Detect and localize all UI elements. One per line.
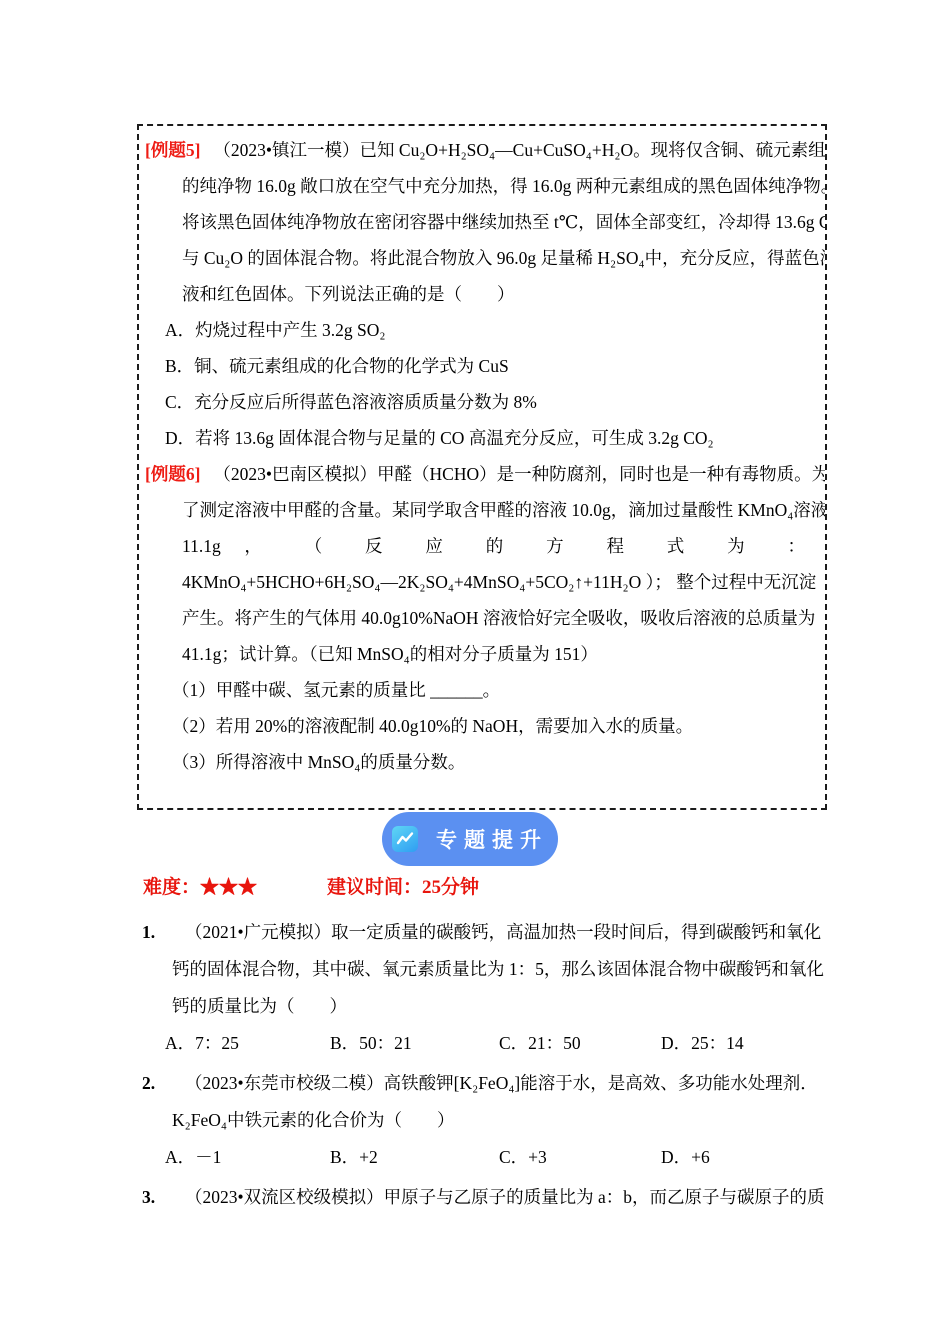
example-problems-box: [例题5]（2023•镇江一模）已知 Cu₂O+H₂SO₄—Cu+CuSO₄+H… — [137, 124, 827, 810]
example-line: 液和红色固体。下列说法正确的是（ ） — [143, 276, 819, 312]
question-option: D．25：14 — [661, 1025, 834, 1062]
example-line-text: 产生。将产生的气体用 40.0g10%NaOH 溶液恰好完全吸收，吸收后溶液的总… — [182, 608, 815, 628]
example-line-text: （2023•镇江一模）已知 Cu₂O+H₂SO₄—Cu+CuSO₄+H₂O。现将… — [213, 140, 827, 160]
example-line-text: 了测定溶液中甲醛的含量。某同学取含甲醛的溶液 10.0g，滴加过量酸性 KMnO… — [182, 500, 827, 520]
question-option: A．7：25 — [165, 1025, 330, 1062]
question-line-text: （2021•广元模拟）取一定质量的碳酸钙，高温加热一段时间后，得到碳酸钙和氧化 — [185, 922, 821, 942]
example-line: 与 Cu₂O 的固体混合物。将此混合物放入 96.0g 足量稀 H₂SO₄中，充… — [143, 240, 819, 276]
question-number: 3. — [142, 1179, 155, 1216]
question: 3.（2023•双流区校级模拟）甲原子与乙原子的质量比为 a：b，而乙原子与碳原… — [140, 1179, 834, 1216]
question-line: 3.（2023•双流区校级模拟）甲原子与乙原子的质量比为 a：b，而乙原子与碳原… — [140, 1179, 834, 1216]
question: 1.（2021•广元模拟）取一定质量的碳酸钙，高温加热一段时间后，得到碳酸钙和氧… — [140, 914, 834, 1062]
example-line: 的纯净物 16.0g 敞口放在空气中充分加热，得 16.0g 两种元素组成的黑色… — [143, 168, 819, 204]
example-line-text: 41.1g；试计算。（已知 MnSO₄的相对分子质量为 151） — [182, 644, 598, 664]
example-line: B．铜、硫元素组成的化合物的化学式为 CuS — [143, 348, 819, 384]
question-line-text: K₂FeO₄中铁元素的化合价为（ ） — [172, 1110, 454, 1130]
worksheet-page: { "colors": { "accent_red": "#ee1c14", "… — [0, 0, 950, 1344]
example-line-text: 的纯净物 16.0g 敞口放在空气中充分加热，得 16.0g 两种元素组成的黑色… — [182, 176, 827, 196]
example-line: （1）甲醛中碳、氢元素的质量比 ______。 — [143, 672, 819, 708]
example-line: A．灼烧过程中产生 3.2g SO₂ — [143, 312, 819, 348]
example-label: [例题6] — [145, 464, 200, 484]
example-line: [例题6]（2023•巴南区模拟）甲醛（HCHO）是一种防腐剂，同时也是一种有毒… — [143, 456, 819, 492]
question-line: K₂FeO₄中铁元素的化合价为（ ） — [140, 1102, 834, 1139]
example-line-text: B．铜、硫元素组成的化合物的化学式为 CuS — [165, 356, 509, 376]
example-line: 11.1g ， （ 反 应 的 方 程 式 为 ： — [143, 528, 819, 564]
example-line-text: （3）所得溶液中 MnSO₄的质量分数。 — [172, 752, 465, 772]
example-line-text: （1）甲醛中碳、氢元素的质量比 ______。 — [172, 680, 500, 700]
question-option: D．+6 — [661, 1139, 834, 1176]
question-option: C．+3 — [499, 1139, 661, 1176]
difficulty-label: 难度：★★★ — [143, 876, 327, 900]
question-list: 1.（2021•广元模拟）取一定质量的碳酸钙，高温加热一段时间后，得到碳酸钙和氧… — [140, 914, 834, 1219]
example-line: （2）若用 20%的溶液配制 40.0g10%的 NaOH，需要加入水的质量。 — [143, 708, 819, 744]
example-label: [例题5] — [145, 140, 200, 160]
example-line-text: A．灼烧过程中产生 3.2g SO₂ — [165, 320, 385, 340]
trend-chart-icon — [392, 826, 418, 852]
question-line-text: 钙的质量比为（ ） — [172, 996, 347, 1016]
question-option: B．+2 — [330, 1139, 499, 1176]
suggested-time-label: 建议时间：25分钟 — [327, 876, 479, 900]
question-line: 2.（2023•东莞市校级二模）高铁酸钾[K₂FeO₄]能溶于水，是高效、多功能… — [140, 1065, 834, 1102]
example-line: [例题5]（2023•镇江一模）已知 Cu₂O+H₂SO₄—Cu+CuSO₄+H… — [143, 132, 819, 168]
example-line-text: 4KMnO₄+5HCHO+6H₂SO₄—2K₂SO₄+4MnSO₄+5CO₂↑+… — [182, 572, 816, 592]
example-line-text: 将该黑色固体纯净物放在密闭容器中继续加热至 t℃，固体全部变红，冷却得 13.6… — [182, 212, 827, 232]
example-line: 了测定溶液中甲醛的含量。某同学取含甲醛的溶液 10.0g，滴加过量酸性 KMnO… — [143, 492, 819, 528]
question-line: 钙的固体混合物，其中碳、氧元素质量比为 1：5，那么该固体混合物中碳酸钙和氧化 — [140, 951, 834, 988]
example-line: 41.1g；试计算。（已知 MnSO₄的相对分子质量为 151） — [143, 636, 819, 672]
example-line: （3）所得溶液中 MnSO₄的质量分数。 — [143, 744, 819, 780]
example-line-text: （2）若用 20%的溶液配制 40.0g10%的 NaOH，需要加入水的质量。 — [172, 716, 693, 736]
question-line: 1.（2021•广元模拟）取一定质量的碳酸钙，高温加热一段时间后，得到碳酸钙和氧… — [140, 914, 834, 951]
question-number: 2. — [142, 1065, 155, 1102]
question-options: A．－1B．+2C．+3D．+6 — [140, 1139, 834, 1176]
example-line: 产生。将产生的气体用 40.0g10%NaOH 溶液恰好完全吸收，吸收后溶液的总… — [143, 600, 819, 636]
meta-row: 难度：★★★ 建议时间：25分钟 — [143, 876, 833, 900]
question-options: A．7：25B．50：21C．21：50D．25：14 — [140, 1025, 834, 1062]
example-line-text: C．充分反应后所得蓝色溶液溶质质量分数为 8% — [165, 392, 537, 412]
example-line-text: 11.1g ， （ 反 应 的 方 程 式 为 ： — [182, 536, 805, 556]
question-line-text: 钙的固体混合物，其中碳、氧元素质量比为 1：5，那么该固体混合物中碳酸钙和氧化 — [172, 959, 824, 979]
question-option: B．50：21 — [330, 1025, 499, 1062]
example-line: 4KMnO₄+5HCHO+6H₂SO₄—2K₂SO₄+4MnSO₄+5CO₂↑+… — [143, 564, 819, 600]
example-line-text: （2023•巴南区模拟）甲醛（HCHO）是一种防腐剂，同时也是一种有毒物质。为 — [213, 464, 827, 484]
question-line-text: （2023•东莞市校级二模）高铁酸钾[K₂FeO₄]能溶于水，是高效、多功能水处… — [185, 1073, 818, 1093]
question-line: 钙的质量比为（ ） — [140, 988, 834, 1025]
question: 2.（2023•东莞市校级二模）高铁酸钾[K₂FeO₄]能溶于水，是高效、多功能… — [140, 1065, 834, 1176]
section-badge: 专题提升 — [382, 812, 558, 866]
question-line-text: （2023•双流区校级模拟）甲原子与乙原子的质量比为 a：b，而乙原子与碳原子的… — [185, 1187, 825, 1207]
example-line-text: D．若将 13.6g 固体混合物与足量的 CO 高温充分反应，可生成 3.2g … — [165, 428, 714, 448]
example-line-text: 与 Cu₂O 的固体混合物。将此混合物放入 96.0g 足量稀 H₂SO₄中，充… — [182, 248, 827, 268]
example-line: C．充分反应后所得蓝色溶液溶质质量分数为 8% — [143, 384, 819, 420]
example-line: 将该黑色固体纯净物放在密闭容器中继续加热至 t℃，固体全部变红，冷却得 13.6… — [143, 204, 819, 240]
question-option: A．－1 — [165, 1139, 330, 1176]
question-number: 1. — [142, 914, 155, 951]
section-badge-label: 专题提升 — [429, 824, 548, 854]
question-option: C．21：50 — [499, 1025, 661, 1062]
example-line: D．若将 13.6g 固体混合物与足量的 CO 高温充分反应，可生成 3.2g … — [143, 420, 819, 456]
example-line-text: 液和红色固体。下列说法正确的是（ ） — [182, 284, 515, 304]
